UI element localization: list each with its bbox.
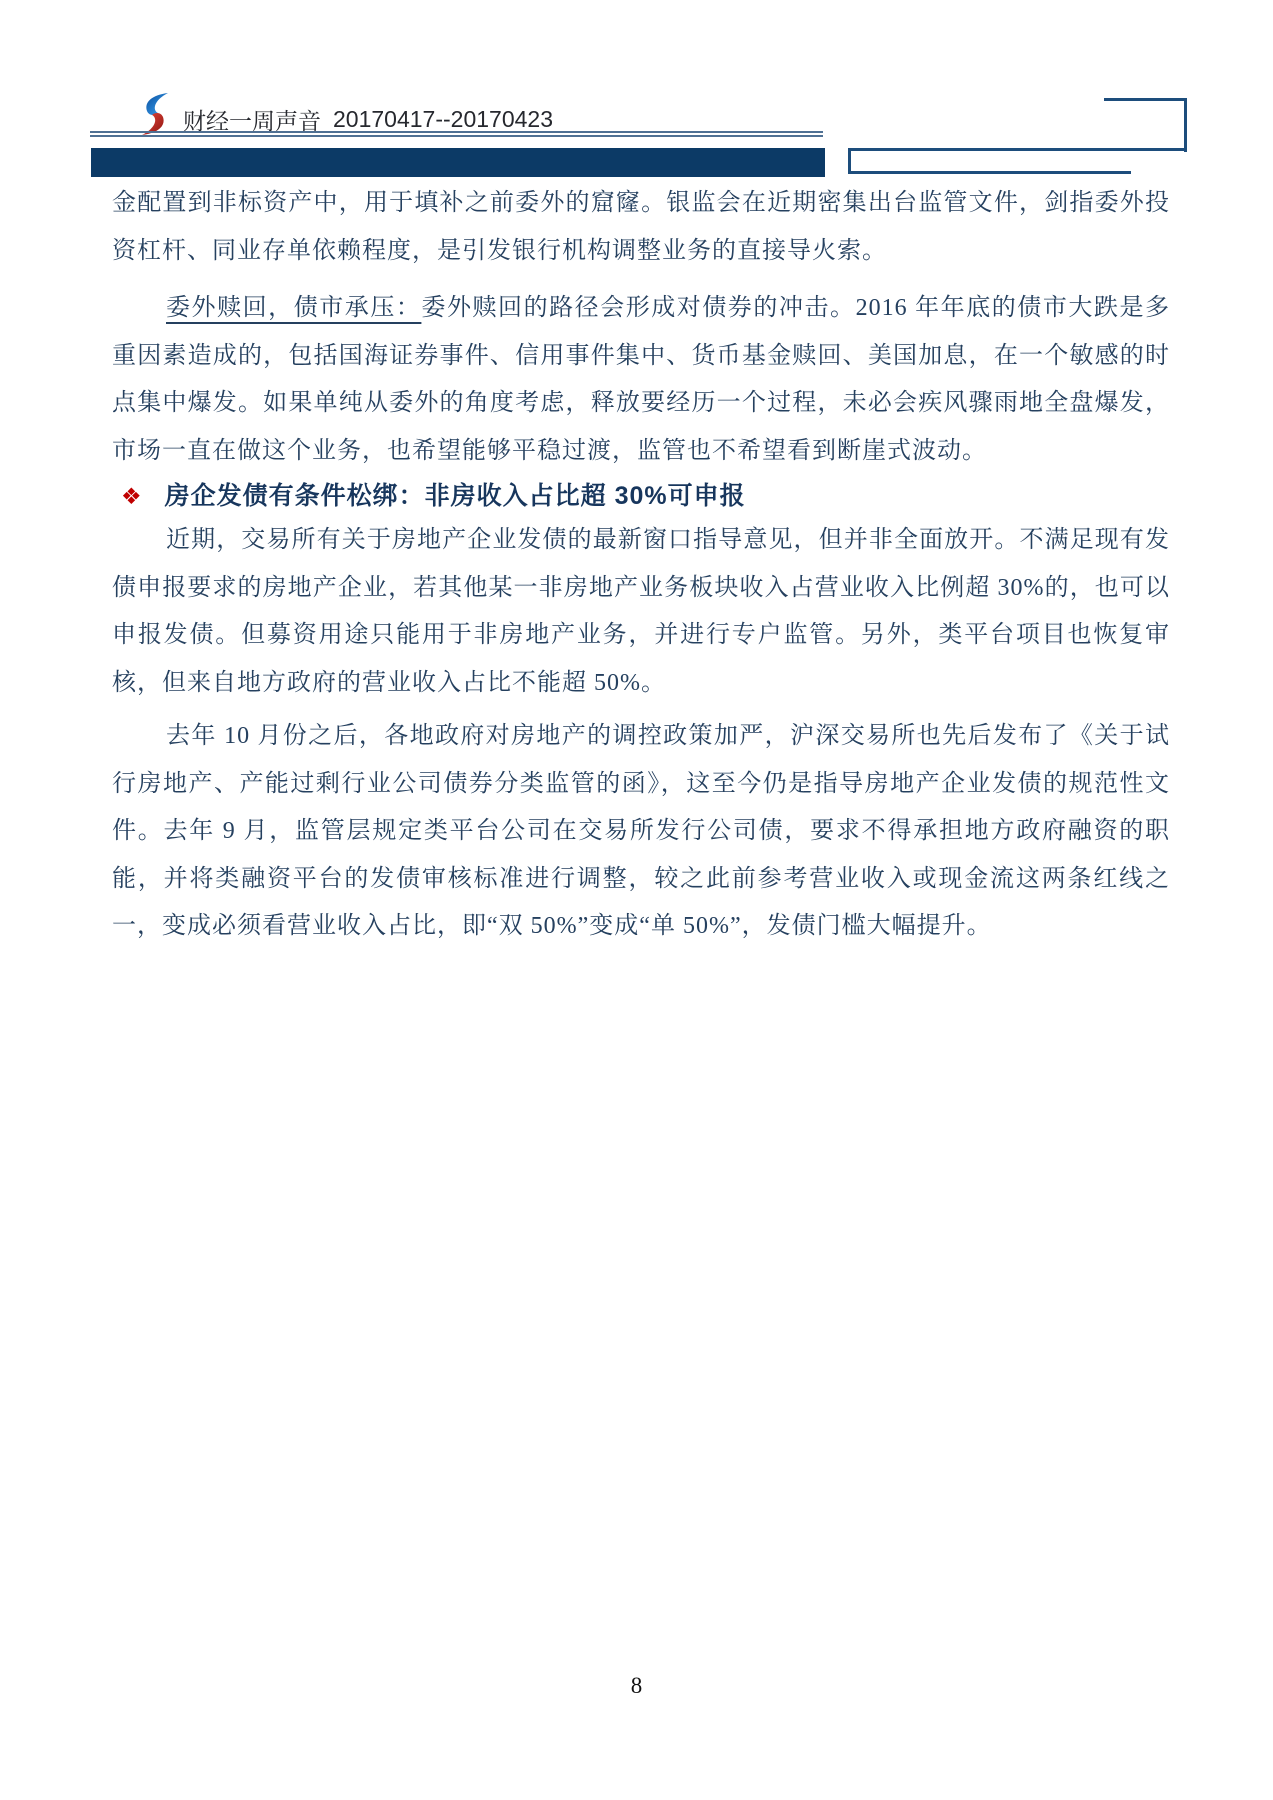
page-number: 8 <box>0 1673 1273 1699</box>
body-paragraph-3: 近期，交易所有关于房地产企业发债的最新窗口指导意见，但并非全面放开。不满足现有发… <box>112 517 1170 707</box>
header-title-row: 财经一周声音 20170417--20170423 <box>183 106 553 132</box>
decor-line-bottom-horizontal <box>848 171 1131 174</box>
body-paragraph-1: 金配置到非标资产中，用于填补之前委外的窟窿。银监会在近期密集出台监管文件，剑指委… <box>112 180 1170 275</box>
decor-line-top-right <box>1104 98 1187 101</box>
decor-line-right-vertical <box>1184 98 1187 152</box>
document-body: 金配置到非标资产中，用于填补之前委外的窟窿。银监会在近期密集出台监管文件，剑指委… <box>112 180 1170 951</box>
document-page: 财经一周声音 20170417--20170423 金配置到非标资产中，用于填补… <box>0 0 1273 1800</box>
header-navy-bar <box>91 148 825 177</box>
diamond-bullet-icon: ❖ <box>121 475 143 517</box>
body-paragraph-2: 委外赎回，债市承压：委外赎回的路径会形成对债券的冲击。2016 年年底的债市大跌… <box>112 285 1170 475</box>
body-paragraph-4: 去年 10 月份之后，各地政府对房地产的调控政策加严，沪深交易所也先后发布了《关… <box>112 713 1170 951</box>
s-swoosh-logo-icon <box>140 92 170 136</box>
decor-line-middle-horizontal <box>848 148 1187 151</box>
section-heading-title: 房企发债有条件松绑：非房收入占比超 30%可申报 <box>165 475 746 517</box>
section-heading-row: ❖ 房企发债有条件松绑：非房收入占比超 30%可申报 <box>112 475 1170 517</box>
underlined-lead-phrase: 委外赎回，债市承压： <box>166 295 421 321</box>
report-date-range: 20170417--20170423 <box>333 106 553 133</box>
header-double-rule <box>90 131 823 137</box>
